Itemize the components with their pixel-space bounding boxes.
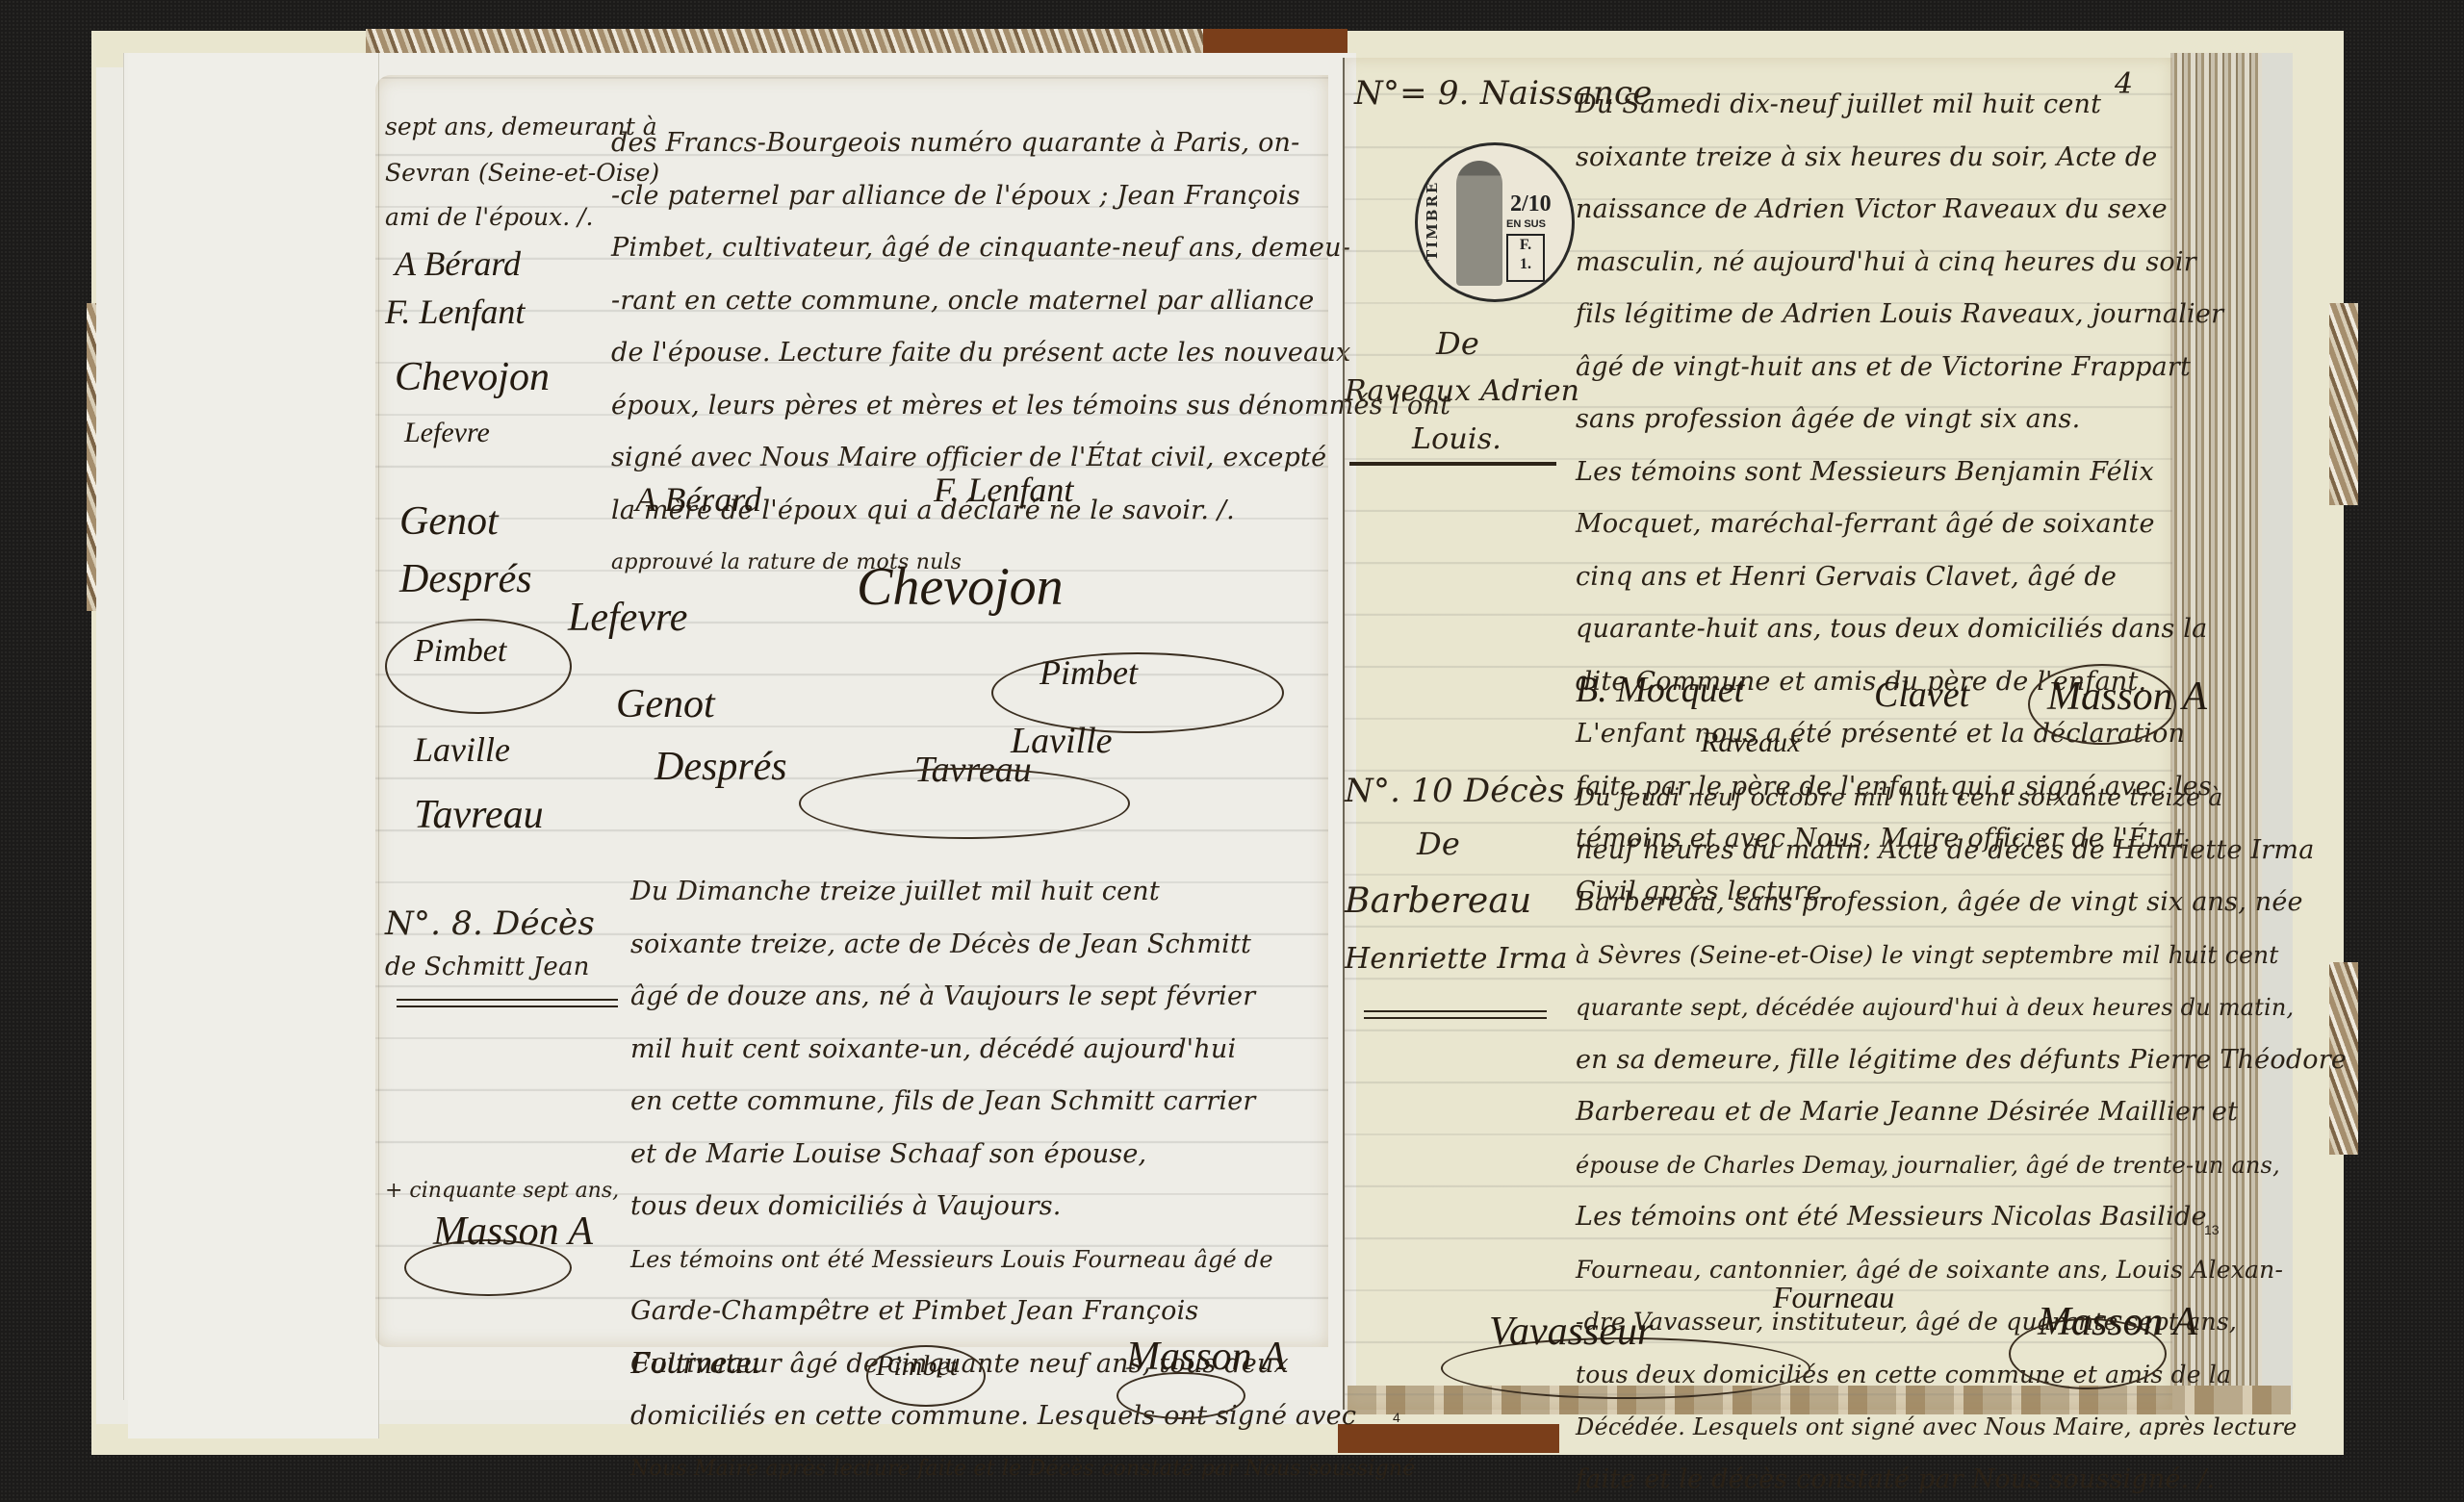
signature-flourish	[1116, 1372, 1245, 1419]
signature-chevojon: Chevojon	[857, 556, 1064, 618]
marbled-paper-top	[366, 29, 1203, 53]
act-10-heading: N°. 10 Décès	[1345, 765, 1565, 818]
act-9-subject-name: Raveaux Adrien	[1345, 366, 1579, 419]
act-10-subject-given: Henriette Irma	[1345, 933, 1568, 986]
signature-raveaux: Raveaux	[1701, 726, 1800, 759]
margin-signature: Tavreau	[414, 792, 544, 838]
leather-spine-top	[1203, 29, 1347, 53]
signature-masson: Masson A	[1126, 1334, 1286, 1380]
heading-double-rule	[1364, 1010, 1547, 1019]
signature-flourish	[799, 768, 1130, 839]
signature-berard: A Bérard	[635, 479, 761, 520]
marbled-paper-right-top	[2329, 303, 2358, 505]
signature-mocquet: B. Mocquet	[1576, 669, 1744, 711]
signature-genot: Genot	[616, 681, 715, 727]
edge-number: 13	[2204, 1222, 2220, 1237]
margin-signature: A Bérard	[395, 243, 521, 284]
margin-signature: Pimbet	[414, 633, 506, 670]
signature-fourneau: Fourneau	[1773, 1280, 1894, 1315]
act-10-subject-de: De	[1417, 818, 1460, 871]
heading-double-rule	[397, 999, 618, 1007]
heading-rule	[1349, 462, 1556, 466]
signature-clavet: Clavet	[1874, 674, 1969, 716]
signature-pimbet: Pimbet	[1039, 652, 1138, 693]
stamp-label: TIMBRE	[1424, 181, 1441, 261]
margin-signature-masson: Masson A	[433, 1209, 593, 1255]
act-8-subject: de Schmitt Jean	[385, 941, 590, 994]
margin-signature: Laville	[414, 729, 510, 770]
act-9-subject-given: Louis.	[1412, 414, 1501, 467]
act-8-text: Du Dimanche treize juillet mil huit cent…	[630, 866, 1416, 1495]
act-8-margin-note: + cinquante sept ans,	[385, 1170, 619, 1212]
stamp-price-sub: EN SUS	[1506, 218, 1546, 230]
stamp-value-box: F. 1.	[1506, 234, 1545, 282]
signature-lenfant: F. Lenfant	[934, 470, 1073, 510]
margin-signature: Genot	[399, 498, 499, 545]
margin-signature: Després	[399, 556, 532, 602]
act-9-subject-de: De	[1436, 318, 1479, 370]
page-bottom-number: 4	[1393, 1410, 1400, 1425]
signature-fourneau: Fourneau	[630, 1345, 759, 1382]
margin-signature: F. Lenfant	[385, 292, 525, 332]
signature-masson: Masson A	[2047, 674, 2207, 720]
justice-figure-icon	[1456, 161, 1502, 286]
signature-masson: Masson A	[2038, 1299, 2197, 1345]
flyleaf-edge	[128, 53, 379, 1438]
revenue-stamp: TIMBRE 2/10 EN SUS F. 1.	[1415, 142, 1575, 302]
signature-vavasseur: Vavasseur	[1489, 1309, 1653, 1355]
margin-note-3: ami de l'époux. /.	[385, 196, 593, 239]
signature-despres: Després	[654, 744, 787, 790]
left-page: sept ans, demeurant à Sevran (Seine-et-O…	[375, 75, 1328, 1347]
margin-signature: Chevojon	[395, 354, 550, 400]
stamp-price: 2/10	[1510, 193, 1552, 215]
signature-pimbet: Pimbet	[876, 1350, 958, 1383]
margin-signature: Lefevre	[404, 417, 490, 449]
act-10-subject-name: Barbereau	[1345, 876, 1531, 929]
signature-lefevre: Lefevre	[568, 595, 687, 641]
